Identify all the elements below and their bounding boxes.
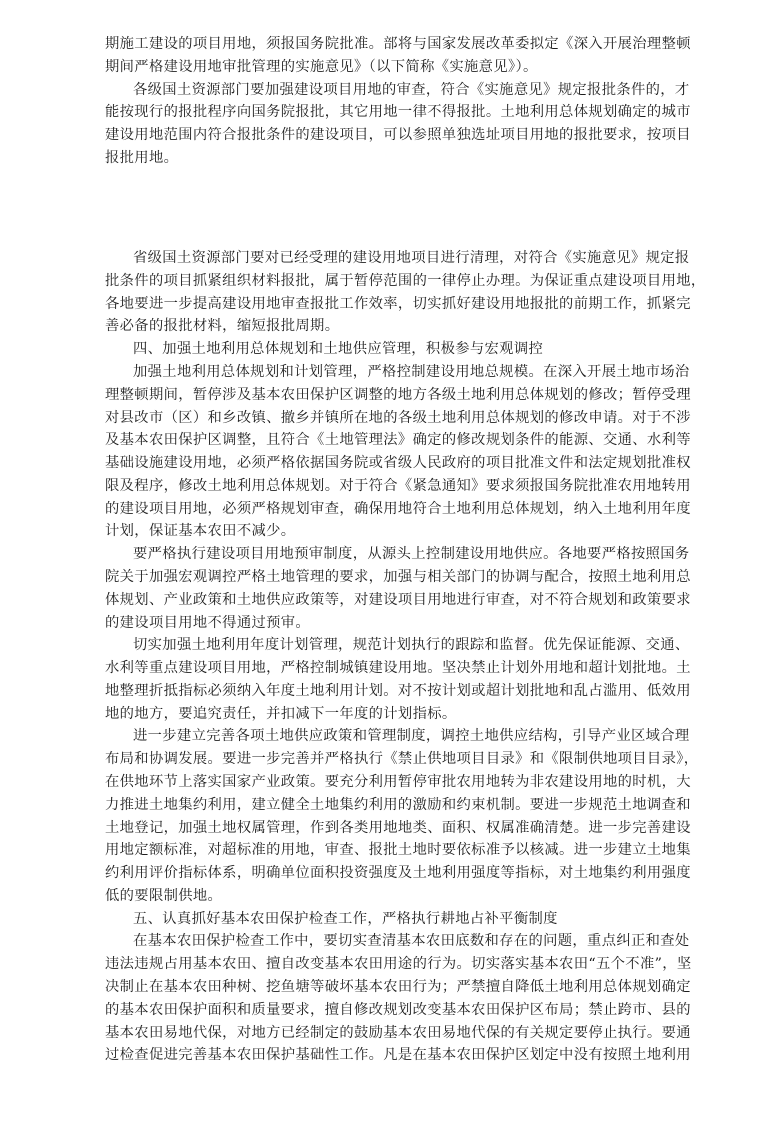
text-line: 用地定额标准，对超标准的用地，审查、报批土地时要依标准予以核减。进一步建立土地集 [105, 839, 683, 861]
text-line: 能按现行的报批程序向国务院报批，其它用地一律不得报批。土地利用总体规划确定的城市 [105, 101, 683, 123]
text-line: 基本农田易地代保，对地方已经制定的鼓励基本农田易地代保的有关规定要停止执行。要通 [105, 1022, 683, 1044]
text-line: 决制止在基本农田种树、挖鱼塘等破坏基本农田行为；严禁擅自降低土地利用总体规划确定 [105, 976, 683, 998]
text-line: 各地要进一步提高建设用地审查报批工作效率，切实抓好建设用地报批的前期工作，抓紧完 [105, 293, 683, 315]
text-line: 布局和协调发展。要进一步完善并严格执行《禁止供地项目目录》和《限制供地项目目录》… [105, 748, 683, 770]
text-line: 计划，保证基本农田不减少。 [105, 520, 683, 542]
text-line: 的基本农田保护面积和质量要求，擅自修改规划改变基本农田保护区布局；禁止跨市、县的 [105, 999, 683, 1021]
text-line: 低的要限制供地。 [105, 885, 683, 907]
text-line: 院关于加强宏观调控严格土地管理的要求，加强与相关部门的协调与配合，按照土地利用总 [105, 566, 683, 588]
text-line: 及基本农田保护区调整，且符合《土地管理法》确定的修改规划条件的能源、交通、水利等 [105, 429, 683, 451]
text-line: 批条件的项目抓紧组织材料报批，属于暂停范围的一律停止办理。为保证重点建设项目用地… [105, 270, 683, 292]
text-line: 限及程序，修改土地利用总体规划。对于符合《紧急通知》要求须报国务院批准农用地转用 [105, 475, 683, 497]
text-line: 加强土地利用总体规划和计划管理，严格控制建设用地总规模。在深入开展土地市场治 [133, 361, 683, 383]
text-line: 基础设施建设用地，必须严格依据国务院或省级人民政府的项目批准文件和法定规划批准权 [105, 452, 683, 474]
text-line: 善必备的报批材料，缩短报批周期。 [105, 315, 683, 337]
text-line: 在基本农田保护检查工作中，要切实查清基本农田底数和存在的问题，重点纠正和查处 [133, 930, 683, 952]
text-line: 切实加强土地利用年度计划管理，规范计划执行的跟踪和监督。优先保证能源、交通、 [133, 634, 683, 656]
text-line: 约利用评价指标体系，明确单位面积投资强度及土地利用强度等指标，对土地集约利用强度 [105, 862, 683, 884]
text-line: 报批用地。 [105, 147, 683, 169]
section-heading: 五、认真抓好基本农田保护检查工作，严格执行耕地占补平衡制度 [133, 908, 683, 930]
text-line: 进一步建立完善各项土地供应政策和管理制度，调控土地供应结构，引导产业区域合理 [133, 725, 683, 747]
text-line: 的建设项目用地，必须严格规划审查，确保用地符合土地利用总体规划，纳入土地利用年度 [105, 498, 683, 520]
document-page: 期施工建设的项目用地，须报国务院批准。部将与国家发展改革委拟定《深入开展治理整顿… [0, 0, 780, 1131]
text-line: 对县改市（区）和乡改镇、撤乡并镇所在地的各级土地利用总体规划的修改申请。对于不涉 [105, 407, 683, 429]
text-line: 地整理折抵指标必须纳入年度土地利用计划。对不按计划或超计划批地和乱占滥用、低效用 [105, 680, 683, 702]
section-heading: 四、加强土地利用总体规划和土地供应管理，积极参与宏观调控 [133, 338, 683, 360]
text-line: 期施工建设的项目用地，须报国务院批准。部将与国家发展改革委拟定《深入开展治理整顿 [105, 33, 683, 55]
text-line: 过检查促进完善基本农田保护基础性工作。凡是在基本农田保护区划定中没有按照土地利用 [105, 1044, 683, 1066]
text-line: 要严格执行建设项目用地预审制度，从源头上控制建设用地供应。各地要严格按照国务 [133, 543, 683, 565]
text-line: 违法违规占用基本农田、擅自改变基本农田用途的行为。切实落实基本农田“五个不准”，… [105, 953, 683, 975]
text-line: 水利等重点建设项目用地，严格控制城镇建设用地。坚决禁止计划外用地和超计划批地。土 [105, 657, 683, 679]
text-line: 省级国土资源部门要对已经受理的建设用地项目进行清理，对符合《实施意见》规定报 [133, 247, 683, 269]
text-line: 期间严格建设用地审批管理的实施意见》（以下简称《实施意见》）。 [105, 56, 683, 78]
text-line: 土地登记，加强土地权属管理，作到各类用地地类、面积、权属准确清楚。进一步完善建设 [105, 817, 683, 839]
text-line: 建设用地范围内符合报批条件的建设项目，可以参照单独选址项目用地的报批要求，按项目 [105, 124, 683, 146]
text-line: 在供地环节上落实国家产业政策。要充分利用暂停审批农用地转为非农建设用地的时机，大 [105, 771, 683, 793]
text-line: 地的地方，要追究责任，并扣减下一年度的计划指标。 [105, 703, 683, 725]
text-line: 力推进土地集约利用，建立健全土地集约利用的激励和约束机制。要进一步规范土地调查和 [105, 794, 683, 816]
text-line: 理整顿期间，暂停涉及基本农田保护区调整的地方各级土地利用总体规划的修改；暂停受理 [105, 384, 683, 406]
text-line: 的建设项目用地不得通过预审。 [105, 612, 683, 634]
text-line: 各级国土资源部门要加强建设项目用地的审查，符合《实施意见》规定报批条件的，才 [133, 79, 683, 101]
text-line: 体规划、产业政策和土地供应政策等，对建设项目用地进行审查，对不符合规划和政策要求 [105, 589, 683, 611]
